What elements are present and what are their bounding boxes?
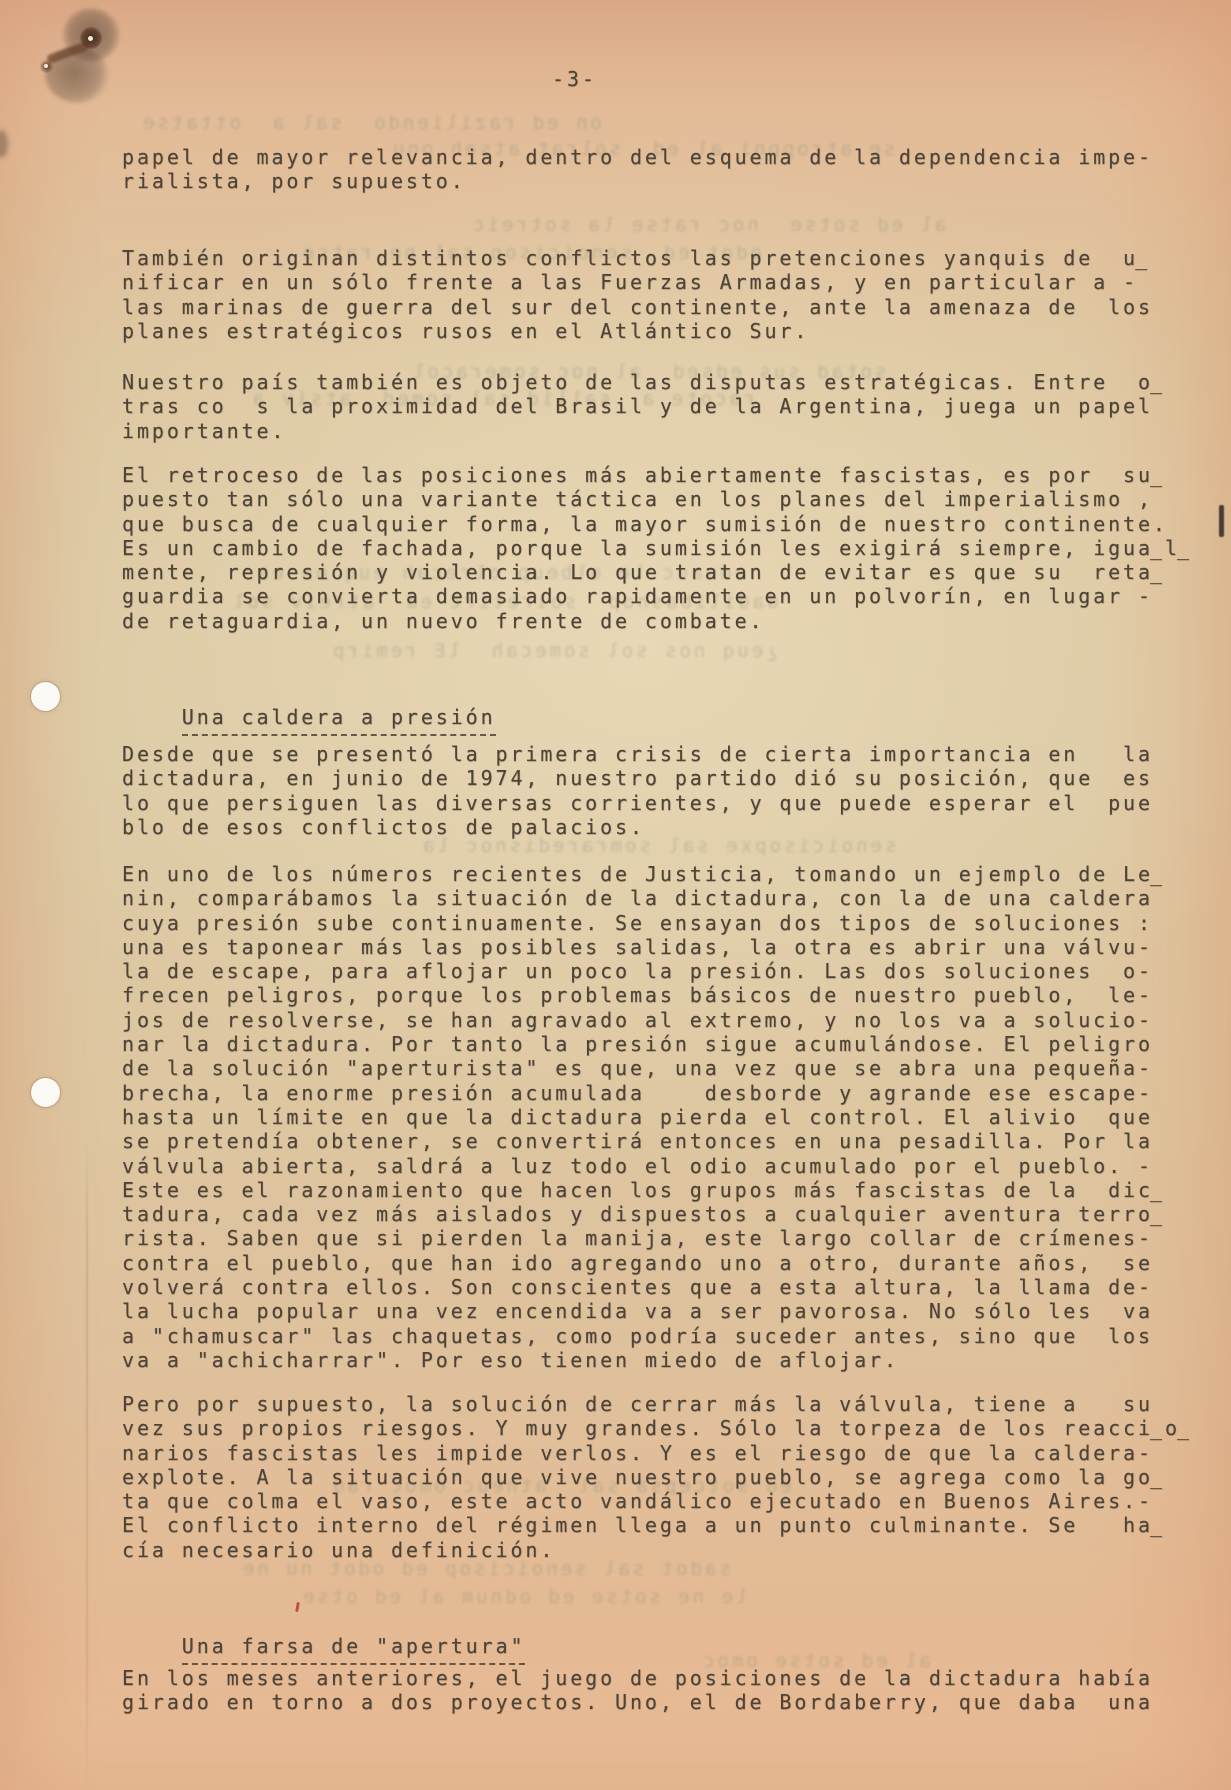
paragraph: Nuestro país también es objeto de las di…: [122, 370, 1165, 443]
section-heading-text: Una caldera a presión: [182, 705, 496, 735]
section-heading-text: Una farsa de "apertura": [182, 1634, 526, 1664]
punch-hole-top: [31, 682, 60, 711]
ink-stain-streak: [46, 41, 90, 65]
bleedthrough-text: ¿euq nos sol somecah lE remirp: [330, 640, 778, 662]
paragraph: En uno de los números recientes de Justi…: [122, 862, 1165, 1372]
paragraph: Desde que se presentó la primera crisis …: [122, 742, 1153, 839]
paragraph: El retroceso de las posiciones más abier…: [122, 463, 1192, 633]
ink-stain-blob: [45, 47, 109, 103]
ink-stain-speck: [88, 36, 93, 41]
edge-smudge: [0, 130, 8, 158]
paragraph: papel de mayor relevancia, dentro del es…: [122, 145, 1153, 194]
punch-hole-bottom: [31, 1078, 60, 1107]
ink-stain-speck: [44, 64, 48, 68]
ink-stain-blob: [62, 8, 120, 62]
ink-stain-dot: [40, 60, 53, 73]
ink-stain-core: [80, 27, 102, 49]
bleedthrough-text: le ne sotse ed odnum al ed otse: [300, 1586, 748, 1608]
paper-crease: [86, 1140, 88, 1790]
page-number: -3-: [552, 67, 597, 91]
paragraph: Pero por supuesto, la solución de cerrar…: [122, 1392, 1192, 1562]
paragraph: También originan distintos conflictos la…: [122, 246, 1153, 343]
scanned-typewritten-page: on ed raziliendo sal a ottatse se atropp…: [0, 0, 1231, 1790]
bleedthrough-text: on ed raziliendo sal a ottatse: [140, 112, 602, 134]
margin-ink-mark: [1219, 505, 1224, 537]
bleedthrough-text: al ed sotse noc ratse la sotreic: [470, 214, 947, 236]
paragraph: En los meses anteriores, el juego de pos…: [122, 1666, 1153, 1715]
